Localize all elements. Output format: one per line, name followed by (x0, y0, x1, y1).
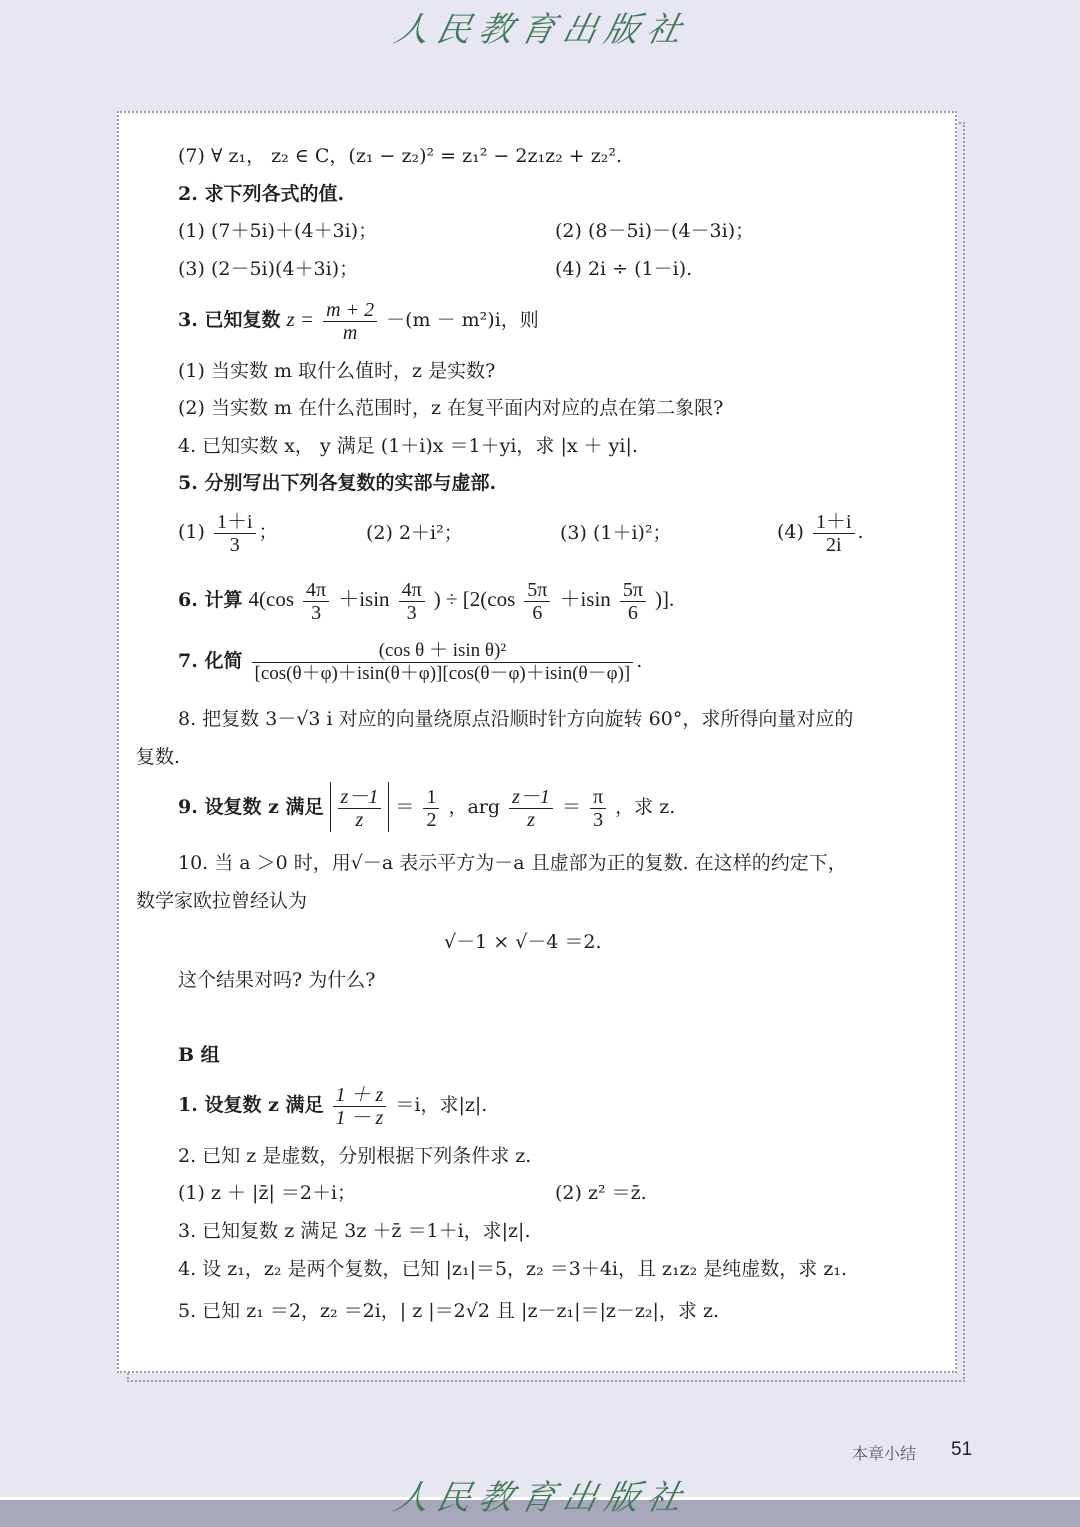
section-label: 本章小结 (852, 1441, 916, 1464)
fraction-denominator: m (323, 322, 377, 344)
question-3-part-1: (1) 当实数 m 取什么值时，z 是实数? (178, 358, 495, 384)
fraction-denominator: 3 (590, 809, 606, 831)
fraction-numerator: π (590, 786, 606, 809)
expr-part: ＋isin (559, 587, 610, 611)
question-6-lead: 6. 计算 (178, 589, 242, 611)
question-9-lead: 9. 设复数 z 满足 (178, 796, 323, 818)
fraction-numerator: z－1 (338, 786, 382, 809)
page-number: 51 (951, 1439, 972, 1461)
fraction-numerator: m + 2 (323, 299, 377, 322)
question-5-title: 5. 分别写出下列各复数的实部与虚部. (178, 470, 496, 496)
arg-label: ，arg (448, 796, 500, 818)
equals: ＝ (562, 796, 581, 818)
expr-part: )]. (655, 587, 674, 611)
fraction-numerator: 1 (423, 786, 439, 809)
expr-part: 4(cos (249, 587, 295, 611)
fraction-denominator: 3 (399, 602, 425, 624)
part-label: (4) (777, 521, 804, 543)
b-question-1-lead: 1. 设复数 z 满足 (178, 1094, 323, 1116)
fraction-denominator: 3 (214, 534, 256, 556)
question-9-rest: ，求 z. (615, 796, 675, 818)
question-10-equation: √－1 × √－4 ＝2. (444, 929, 602, 955)
fraction-numerator: 5π (524, 579, 550, 602)
question-3-lead: 3. 已知复数 (178, 309, 280, 331)
fraction-numerator: 1＋i (813, 511, 855, 534)
b-question-4: 4. 设 z₁，z₂ 是两个复数，已知 |z₁|＝5，z₂ ＝3＋4i，且 z₁… (178, 1256, 847, 1282)
fraction-denominator: z (509, 809, 553, 831)
fraction-denominator: z (338, 809, 382, 831)
absolute-value: z－1z (330, 782, 390, 832)
question-3: 3. 已知复数 z = m + 2m －(m － m²)i，则 (178, 294, 539, 345)
fraction: π3 (590, 786, 606, 831)
question-10-line-3: 这个结果对吗? 为什么? (178, 967, 375, 993)
question-5-part-3: (3) (1＋i)²； (560, 520, 672, 546)
fraction-numerator: z－1 (509, 786, 553, 809)
fraction-denominator: 3 (303, 602, 329, 624)
question-3-rest: －(m － m²)i，则 (386, 309, 539, 331)
question-7: 7. 化简 (cos θ ＋ isin θ)²[cos(θ＋φ)＋isin(θ＋… (178, 636, 642, 686)
question-5-part-1: (1) 1＋i3； (178, 508, 278, 556)
fraction: (cos θ ＋ isin θ)²[cos(θ＋φ)＋isin(θ＋φ)][co… (252, 640, 634, 685)
group-b-heading: B 组 (178, 1042, 220, 1068)
b-question-2: 2. 已知 z 是虚数，分别根据下列条件求 z. (178, 1143, 531, 1169)
b-question-2-part-2: (2) z² ＝z̄. (555, 1180, 647, 1206)
fraction: 4π3 (303, 579, 329, 624)
question-3-part-2: (2) 当实数 m 在什么范围时，z 在复平面内对应的点在第二象限? (178, 395, 723, 421)
fraction-numerator: (cos θ ＋ isin θ)² (252, 640, 634, 663)
fraction-denominator: 6 (620, 602, 646, 624)
question-10-line-2: 数学家欧拉曾经认为 (136, 888, 307, 914)
question-9: 9. 设复数 z 满足 z－1z ＝ 12 ，arg z－1z ＝ π3 ，求 … (178, 782, 675, 832)
fraction: z－1z (338, 786, 382, 831)
fraction-numerator: 4π (303, 579, 329, 602)
question-8-line-2: 复数. (136, 744, 180, 770)
question-3-var: z = (287, 307, 315, 331)
fraction: 5π6 (524, 579, 550, 624)
b-question-1-rest: ＝i，求|z|. (395, 1094, 487, 1116)
fraction-denominator: 6 (524, 602, 550, 624)
expr-part: ＋isin (338, 587, 389, 611)
part-label: (1) (178, 521, 205, 543)
fraction-denominator: 2i (813, 534, 855, 556)
b-question-1: 1. 设复数 z 满足 1 ＋ z1 － z ＝i，求|z|. (178, 1080, 487, 1130)
question-2-part-1: (1) (7＋5i)＋(4＋3i)； (178, 218, 377, 244)
fraction-numerator: 1＋i (214, 511, 256, 534)
fraction: 1＋i3 (214, 511, 256, 556)
question-2-title: 2. 求下列各式的值. (178, 181, 344, 207)
question-7-lead: 7. 化简 (178, 650, 242, 672)
question-8-line-1: 8. 把复数 3－√3 i 对应的向量绕原点沿顺时针方向旋转 60°，求所得向量… (178, 706, 853, 732)
question-3-fraction: m + 2m (323, 299, 377, 344)
item-a7: (7) ∀ z₁， z₂ ∈ C，(z₁ − z₂)² = z₁² − 2z₁z… (178, 143, 622, 169)
fraction-numerator: 5π (620, 579, 646, 602)
question-5-part-2: (2) 2＋i²； (366, 520, 463, 546)
fraction-numerator: 4π (399, 579, 425, 602)
fraction-denominator: 1 － z (333, 1107, 387, 1129)
question-2-part-4: (4) 2i ÷ (1－i). (555, 256, 692, 282)
question-5-part-4: (4) 1＋i2i. (777, 508, 864, 556)
equals: ＝ (395, 796, 414, 818)
b-question-5: 5. 已知 z₁ ＝2，z₂ ＝2i，| z |＝2√2 且 |z－z₁|＝|z… (178, 1298, 719, 1324)
fraction: 1＋i2i (813, 511, 855, 556)
expr-part: ) ÷ [2(cos (434, 587, 516, 611)
fraction: 5π6 (620, 579, 646, 624)
question-6: 6. 计算 4(cos 4π3 ＋isin 4π3 ) ÷ [2(cos 5π6… (178, 574, 674, 625)
fraction-numerator: 1 ＋ z (333, 1084, 387, 1107)
publisher-logo-top: 人民教育出版社 (390, 8, 694, 52)
fraction: 4π3 (399, 579, 425, 624)
fraction-denominator: 2 (423, 809, 439, 831)
fraction: 1 ＋ z1 － z (333, 1084, 387, 1129)
fraction-denominator: [cos(θ＋φ)＋isin(θ＋φ)][cos(θ－φ)＋isin(θ－φ)] (252, 663, 634, 685)
b-question-3: 3. 已知复数 z 满足 3z ＋z̄ ＝1＋i，求|z|. (178, 1218, 531, 1244)
b-question-2-part-1: (1) z ＋ |z̄| ＝2＋i； (178, 1180, 356, 1206)
fraction: 12 (423, 786, 439, 831)
question-2-part-3: (3) (2－5i)(4＋3i)； (178, 256, 358, 282)
fraction: z－1z (509, 786, 553, 831)
publisher-logo-bottom: 人民教育出版社 (390, 1476, 694, 1520)
question-10-line-1: 10. 当 a ＞0 时，用√－a 表示平方为－a 且虚部为正的复数. 在这样的… (178, 850, 847, 876)
question-4: 4. 已知实数 x， y 满足 (1＋i)x ＝1＋yi，求 |x ＋ yi|. (178, 433, 638, 459)
question-2-part-2: (2) (8－5i)－(4－3i)； (555, 218, 754, 244)
